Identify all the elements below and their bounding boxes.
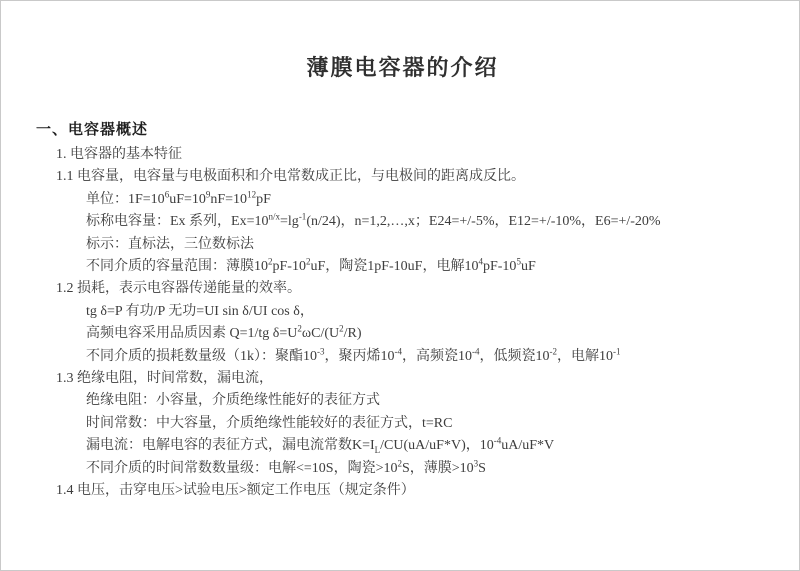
document-line: 1.2 损耗，表示电容器传递能量的效率。	[36, 278, 769, 300]
document-line: 1.3 绝缘电阻，时间常数，漏电流，	[36, 368, 769, 390]
document-line: 1.1 电容量，电容量与电极面积和介电常数成正比，与电极间的距离成反比。	[36, 166, 769, 188]
document-line: 漏电流：电解电容的表征方式，漏电流常数K=IL/CU(uA/uF*V)，10-4…	[36, 435, 769, 457]
document-line: 不同介质的时间常数数量级：电解<=10S，陶瓷>102S，薄膜>103S	[36, 458, 769, 480]
document-page: 薄膜电容器的介绍 一、电容器概述 1. 电容器的基本特征1.1 电容量，电容量与…	[1, 1, 799, 570]
document-line: 时间常数：中大容量，介质绝缘性能较好的表征方式，t=RC	[36, 413, 769, 435]
section-heading: 一、电容器概述	[36, 118, 769, 139]
document-line: tg δ=P 有功/P 无功=UI sin δ/UI cos δ，	[36, 301, 769, 323]
document-line: 绝缘电阻：小容量，介质绝缘性能好的表征方式	[36, 390, 769, 412]
document-line: 1.4 电压，击穿电压>试验电压>额定工作电压（规定条件）	[36, 480, 769, 502]
document-body: 1. 电容器的基本特征1.1 电容量，电容量与电极面积和介电常数成正比，与电极间…	[36, 144, 769, 503]
document-line: 标称电容量：Ex 系列，Ex=10n/x=lg-1(n/24)，n=1,2,…,…	[36, 211, 769, 233]
document-line: 不同介质的容量范围：薄膜102pF-102uF，陶瓷1pF-10uF，电解104…	[36, 256, 769, 278]
document-line: 1. 电容器的基本特征	[36, 144, 769, 166]
document-line: 高频电容采用品质因素 Q=1/tg δ=U2ωC/(U2/R)	[36, 323, 769, 345]
page-title: 薄膜电容器的介绍	[36, 51, 769, 82]
document-line: 单位：1F=106uF=109nF=1012pF	[36, 189, 769, 211]
document-line: 不同介质的损耗数量级（1k）：聚酯10-3，聚丙烯10-4，高频瓷10-4，低频…	[36, 346, 769, 368]
document-line: 标示：直标法，三位数标法	[36, 234, 769, 256]
